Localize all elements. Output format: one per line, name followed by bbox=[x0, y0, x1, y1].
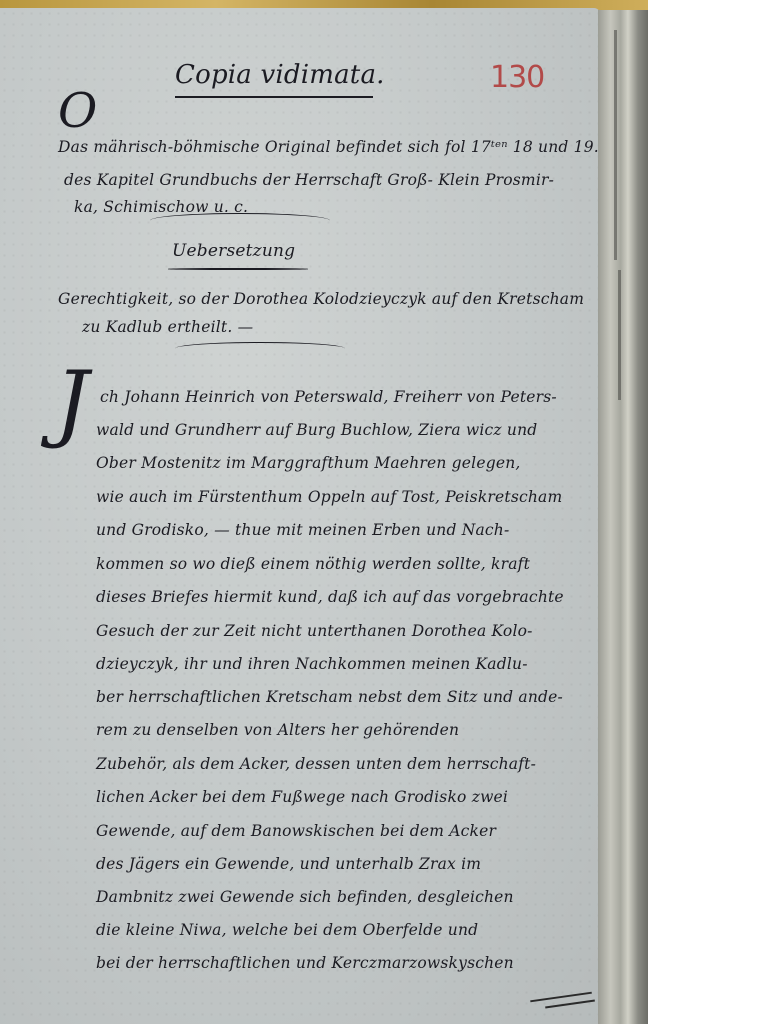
body-line: rem zu denselben von Alters her gehörend… bbox=[96, 721, 459, 739]
body-line: lichen Acker bei dem Fußwege nach Grodis… bbox=[96, 788, 508, 806]
body-line: kommen so wo dieß einem nöthig werden so… bbox=[96, 555, 530, 573]
body-line: Gewende, auf dem Banowskischen bei dem A… bbox=[96, 822, 496, 840]
body-line: dieses Briefes hiermit kund, daß ich auf… bbox=[96, 588, 564, 606]
page-tear bbox=[614, 30, 617, 260]
manuscript-page: O Copia vidimata. 130 Das mährisch-böhmi… bbox=[0, 8, 600, 1024]
section-heading: Uebersetzung bbox=[172, 241, 295, 261]
closing-flourish bbox=[545, 1000, 595, 1008]
body-line: wie auch im Fürstenthum Oppeln auf Tost,… bbox=[96, 488, 562, 506]
title-underline bbox=[175, 96, 373, 98]
heading-underline bbox=[168, 268, 308, 270]
body-line: die kleine Niwa, welche bei dem Oberfeld… bbox=[96, 921, 478, 939]
body-initial: J bbox=[55, 353, 89, 451]
decorative-brace bbox=[175, 342, 345, 355]
body-line: ber herrschaftlichen Kretscham nebst dem… bbox=[96, 688, 563, 706]
body-line: ch Johann Heinrich von Peterswald, Freih… bbox=[100, 388, 557, 406]
body-line: wald und Grundherr auf Burg Buchlow, Zie… bbox=[96, 421, 537, 439]
summary-line: zu Kadlub ertheilt. — bbox=[82, 318, 253, 336]
body-line: Zubehör, als dem Acker, dessen unten dem… bbox=[96, 755, 536, 773]
preamble-line: des Kapitel Grundbuchs der Herrschaft Gr… bbox=[64, 171, 554, 189]
body-line: dzieyczyk, ihr und ihren Nachkommen mein… bbox=[96, 655, 528, 673]
body-line: Dambnitz zwei Gewende sich befinden, des… bbox=[96, 888, 514, 906]
document-photo: O Copia vidimata. 130 Das mährisch-böhmi… bbox=[0, 0, 648, 1024]
body-line: bei der herrschaftlichen und Kerczmarzow… bbox=[96, 954, 514, 972]
body-line: des Jägers ein Gewende, und unterhalb Zr… bbox=[96, 855, 481, 873]
body-line: Ober Mostenitz im Marggrafthum Maehren g… bbox=[96, 454, 521, 472]
margin-initial: O bbox=[58, 83, 98, 139]
page-number: 130 bbox=[490, 60, 544, 95]
preamble-line: Das mährisch-böhmische Original befindet… bbox=[58, 138, 599, 156]
body-line: Gesuch der zur Zeit nicht unterthanen Do… bbox=[96, 622, 533, 640]
page-title: Copia vidimata. bbox=[175, 60, 385, 90]
summary-line: Gerechtigkeit, so der Dorothea Kolodziey… bbox=[58, 290, 584, 308]
page-tear bbox=[618, 270, 621, 400]
decorative-brace bbox=[150, 213, 330, 228]
book-page-edges bbox=[598, 10, 648, 1024]
body-line: und Grodisko, — thue mit meinen Erben un… bbox=[96, 521, 509, 539]
